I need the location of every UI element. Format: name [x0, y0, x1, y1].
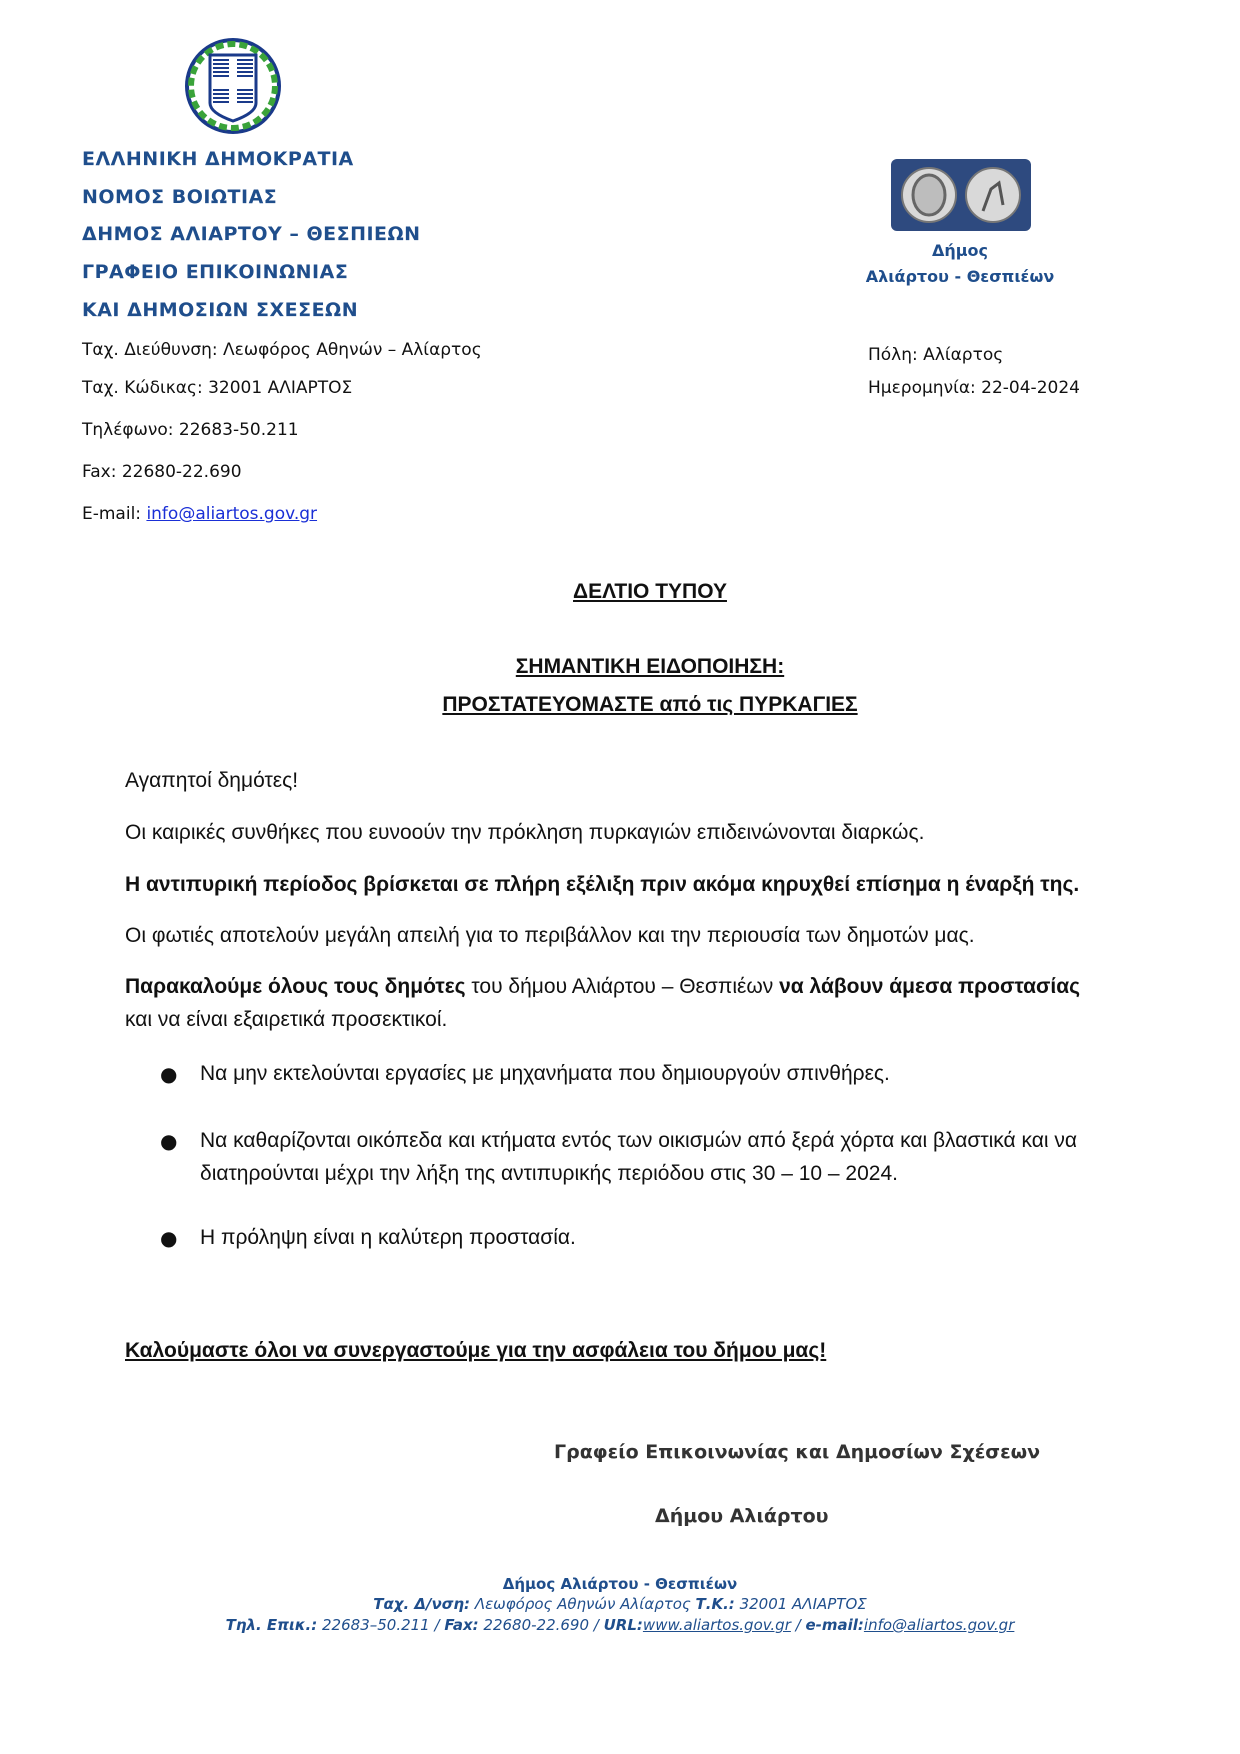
footer-tel-label: Τηλ. Επικ.:: [226, 1616, 318, 1634]
bullet-item-2: Να καθαρίζονται οικόπεδα και κτήματα εντ…: [200, 1124, 1160, 1190]
footer-tk-value: 32001 ΑΛΙΑΡΤΟΣ: [735, 1595, 867, 1613]
paragraph-4-bold-start: Παρακαλούμε όλους τους δημότες: [125, 975, 466, 998]
paragraph-1: Οι καιρικές συνθήκες που ευνοούν την πρό…: [125, 816, 1165, 849]
footer-url-label: URL:: [604, 1616, 643, 1634]
contact-email-label: E-mail:: [82, 504, 146, 524]
contact-fax: Fax: 22680-22.690: [82, 462, 242, 482]
footer-title: Δήμος Αλιάρτου - Θεσπιέων: [0, 1575, 1240, 1593]
municipality-logo-name-2: Αλιάρτου - Θεσπιέων: [840, 267, 1080, 286]
signature-office: Γραφείο Επικοινωνίας και Δημοσίων Σχέσεω…: [554, 1441, 1040, 1463]
date-field: Ημερομηνία: 22-04-2024: [868, 378, 1080, 398]
header-line-republic: ΕΛΛΗΝΙΚΗ ΔΗΜΟΚΡΑΤΙΑ: [82, 148, 354, 170]
greek-coat-of-arms-icon: [180, 33, 286, 139]
footer-tk-label: Τ.Κ.:: [696, 1595, 735, 1613]
footer-contact: Τηλ. Επικ.: 22683–50.211 / Fax: 22680-22…: [0, 1616, 1240, 1634]
press-release-title: ΔΕΛΤΙΟ ΤΥΠΟΥ: [0, 580, 1240, 604]
footer-address: Ταχ. Δ/νση: Λεωφόρος Αθηνών Αλίαρτος Τ.Κ…: [0, 1595, 1240, 1613]
paragraph-2: Η αντιπυρική περίοδος βρίσκεται σε πλήρη…: [125, 868, 1165, 901]
footer-email-link[interactable]: info@aliartos.gov.gr: [864, 1616, 1014, 1634]
greeting: Αγαπητοί δημότες!: [125, 764, 1165, 797]
contact-postcode: Ταχ. Κώδικας: 32001 ΑΛΙΑΡΤΟΣ: [82, 378, 352, 398]
bullet-item-1: Να μην εκτελούνται εργασίες με μηχανήματ…: [200, 1057, 1160, 1090]
header-line-office-2: ΚΑΙ ΔΗΜΟΣΙΩΝ ΣΧΕΣΕΩΝ: [82, 299, 358, 321]
bullet-icon: ●: [160, 1226, 177, 1250]
contact-email-link[interactable]: info@aliartos.gov.gr: [146, 504, 317, 524]
city-field: Πόλη: Αλίαρτος: [868, 345, 1003, 365]
municipality-logo-name-1: Δήμος: [840, 241, 1080, 260]
subject-title: ΠΡΟΣΤΑΤΕΥΟΜΑΣΤΕ από τις ΠΥΡΚΑΓΙΕΣ: [0, 693, 1240, 717]
paragraph-4-tail: και να είναι εξαιρετικά προσεκτικοί.: [125, 1008, 447, 1031]
header-line-prefecture: ΝΟΜΟΣ ΒΟΙΩΤΙΑΣ: [82, 186, 277, 208]
footer-url-link[interactable]: www.aliartos.gov.gr: [643, 1616, 791, 1634]
footer-address-value: Λεωφόρος Αθηνών Αλίαρτος: [470, 1595, 695, 1613]
footer-separator: /: [791, 1616, 806, 1634]
bullet-icon: ●: [160, 1062, 177, 1086]
contact-email-row: E-mail: info@aliartos.gov.gr: [82, 504, 317, 524]
ancient-coins-logo-icon: [891, 159, 1031, 231]
footer-fax-label: Fax:: [444, 1616, 478, 1634]
contact-phone: Τηλέφωνο: 22683-50.211: [82, 420, 299, 440]
paragraph-3: Οι φωτιές αποτελούν μεγάλη απειλή για το…: [125, 919, 1165, 952]
header-line-municipality: ΔΗΜΟΣ ΑΛΙΑΡΤΟΥ – ΘΕΣΠΙΕΩΝ: [82, 223, 421, 245]
closing-statement: Καλούμαστε όλοι να συνεργαστούμε για την…: [125, 1339, 826, 1363]
notice-title: ΣΗΜΑΝΤΙΚΗ ΕΙΔΟΠΟΙΗΣΗ:: [0, 655, 1240, 679]
paragraph-4: Παρακαλούμε όλους τους δημότες του δήμου…: [125, 970, 1165, 1036]
footer-tel-value: 22683–50.211 /: [317, 1616, 444, 1634]
footer-email-label: e-mail:: [805, 1616, 863, 1634]
footer-fax-value: 22680-22.690 /: [479, 1616, 604, 1634]
header-line-office: ΓΡΑΦΕΙΟ ΕΠΙΚΟΙΝΩΝΙΑΣ: [82, 261, 348, 283]
bullet-item-3: Η πρόληψη είναι η καλύτερη προστασία.: [200, 1221, 1160, 1254]
signature-municipality: Δήμου Αλιάρτου: [655, 1505, 829, 1527]
paragraph-4-bold-end: να λάβουν άμεσα προστασίας: [779, 975, 1080, 998]
footer-address-label: Ταχ. Δ/νση:: [373, 1595, 470, 1613]
paragraph-4-normal: του δήμου Αλιάρτου – Θεσπιέων: [466, 975, 780, 998]
contact-address: Ταχ. Διεύθυνση: Λεωφόρος Αθηνών – Αλίαρτ…: [82, 340, 482, 360]
bullet-icon: ●: [160, 1129, 177, 1153]
